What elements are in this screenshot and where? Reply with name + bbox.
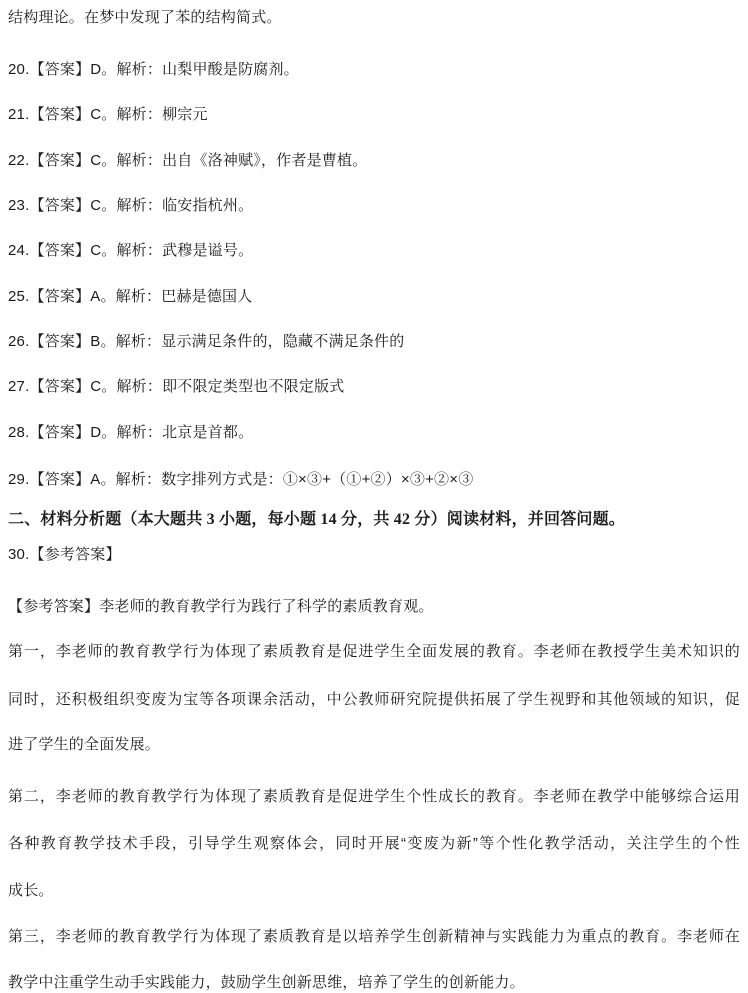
answer-item-21: 21.【答案】C。解析：柳宗元 [8, 105, 740, 125]
paragraph-1-line-1: 第一，李老师的教育教学行为体现了素质教育是促进学生全面发展的教育。李老师在教授学… [8, 642, 740, 662]
answer-item-28: 28.【答案】D。解析：北京是首都。 [8, 423, 740, 443]
question-30-label: 30.【参考答案】 [8, 545, 740, 565]
answer-item-22: 22.【答案】C。解析：出自《洛神赋》，作者是曹植。 [8, 151, 740, 171]
answer-item-20: 20.【答案】D。解析：山梨甲酸是防腐剂。 [8, 60, 740, 80]
answer-item-26: 26.【答案】B。解析：显示满足条件的，隐藏不满足条件的 [8, 332, 740, 352]
paragraph-1-line-3: 进了学生的全面发展。 [8, 735, 740, 755]
answer-sheet-document: 结构理论。在梦中发现了苯的结构简式。 20.【答案】D。解析：山梨甲酸是防腐剂。… [0, 8, 748, 993]
reference-answer-intro: 【参考答案】李老师的教育教学行为践行了科学的素质教育观。 [8, 597, 740, 617]
paragraph-3-line-2: 教学中注重学生动手实践能力，鼓励学生创新思维，培养了学生的创新能力。 [8, 973, 740, 993]
paragraph-2-line-2: 各种教育教学技术手段，引导学生观察体会，同时开展“变废为新”等个性化教学活动，关… [8, 834, 740, 854]
document-page: { "document": { "colors": { "text": "#1b… [0, 0, 748, 993]
answer-item-29: 29.【答案】A。解析：数字排列方式是：①×③+（①+②）×③+②×③ [8, 470, 740, 490]
continuation-line: 结构理论。在梦中发现了苯的结构简式。 [8, 8, 740, 28]
answer-item-27: 27.【答案】C。解析：即不限定类型也不限定版式 [8, 377, 740, 397]
paragraph-3-line-1: 第三，李老师的教育教学行为体现了素质教育是以培养学生创新精神与实践能力为重点的教… [8, 927, 740, 947]
paragraph-1-line-2: 同时，还积极组织变废为宝等各项课余活动，中公教师研究院提供拓展了学生视野和其他领… [8, 690, 740, 710]
answer-item-23: 23.【答案】C。解析：临安指杭州。 [8, 196, 740, 216]
section-heading-material-analysis: 二、材料分析题（本大题共 3 小题，每小题 14 分，共 42 分）阅读材料，并… [8, 510, 740, 530]
answer-item-24: 24.【答案】C。解析：武穆是谥号。 [8, 241, 740, 261]
paragraph-2-line-1: 第二，李老师的教育教学行为体现了素质教育是促进学生个性成长的教育。李老师在教学中… [8, 787, 740, 807]
answer-item-25: 25.【答案】A。解析：巴赫是德国人 [8, 287, 740, 307]
paragraph-2-line-3: 成长。 [8, 881, 740, 901]
